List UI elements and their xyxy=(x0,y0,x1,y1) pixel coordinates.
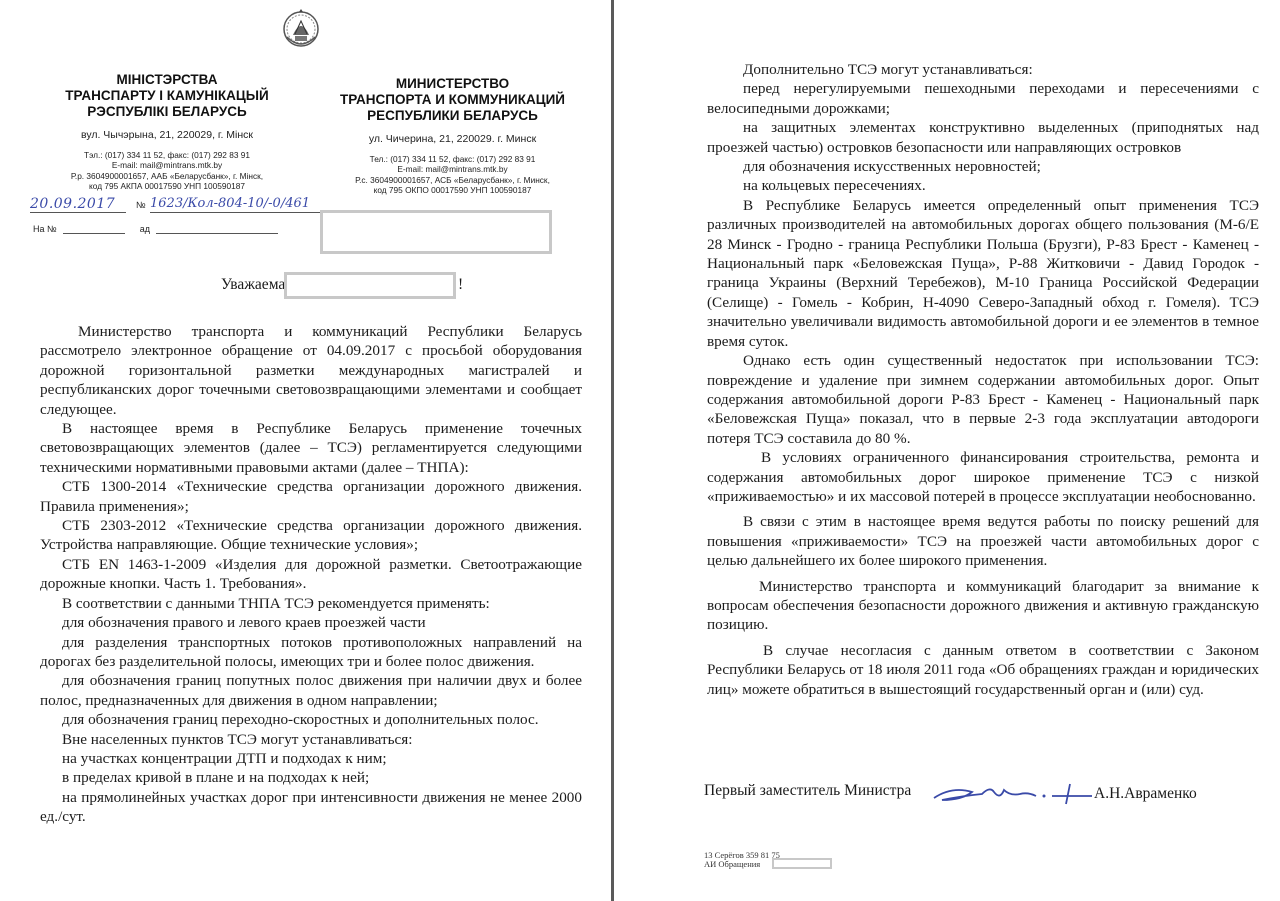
ministry-contacts-ru: Тел.: (017) 334 11 52, факс: (017) 292 8… xyxy=(320,154,585,196)
letter-body-page-2: Дополнительно ТСЭ могут устанавливаться:… xyxy=(707,60,1259,699)
paragraph: В случае несогласия с данным ответом в с… xyxy=(707,641,1259,699)
paragraph: для обозначения границ переходно-скорост… xyxy=(40,710,582,729)
executor-note: 13 Серёгов 359 81 75 АИ Обращения xyxy=(704,851,780,869)
signatory-name: А.Н.Авраменко xyxy=(1094,785,1197,803)
signature-scribble-icon xyxy=(932,778,1094,806)
letterhead-belarusian: МІНІСТЭРСТВА ТРАНСПАРТУ І КАМУНІКАЦЫЙ РЭ… xyxy=(42,72,292,192)
ministry-title-by: МІНІСТЭРСТВА ТРАНСПАРТУ І КАМУНІКАЦЫЙ РЭ… xyxy=(42,72,292,120)
letterhead-russian: МИНИСТЕРСТВО ТРАНСПОРТА И КОММУНИКАЦИЙ Р… xyxy=(320,76,585,196)
registration-date: 20.09.2017 xyxy=(30,196,126,213)
paragraph: Министерство транспорта и коммуникаций Р… xyxy=(40,322,582,419)
paragraph: СТБ EN 1463-1-2009 «Изделия для дорожной… xyxy=(40,555,582,594)
reference-number-label: На № xyxy=(33,224,57,234)
letter-body-page-1: Министерство транспорта и коммуникаций Р… xyxy=(40,322,582,827)
paragraph: для обозначения искусственных неровносте… xyxy=(707,157,1259,176)
paragraph: В условиях ограниченного финансирования … xyxy=(707,448,1259,506)
reference-from-label: ад xyxy=(140,224,150,234)
paragraph: на защитных элементах конструктивно выде… xyxy=(707,118,1259,157)
salutation-end: ! xyxy=(458,276,463,294)
registration-number: 1623/Кол-804-10/-0/461 xyxy=(150,196,338,213)
paragraph: СТБ 1300-2014 «Технические средства орга… xyxy=(40,477,582,516)
ministry-address-by: вул. Чычэрына, 21, 220029, г. Мінск xyxy=(42,129,292,141)
paragraph: В соответствии с данными ТНПА ТСЭ рекоме… xyxy=(40,594,582,613)
ministry-contacts-by: Тэл.: (017) 334 11 52, факс: (017) 292 8… xyxy=(42,150,292,192)
paragraph: для разделения транспортных потоков прот… xyxy=(40,633,582,672)
redacted-archive-id xyxy=(772,858,832,869)
paragraph: Министерство транспорта и коммуникаций б… xyxy=(707,577,1259,635)
ministry-address-ru: ул. Чичерина, 21, 220029. г. Минск xyxy=(320,133,585,145)
paragraph: Однако есть один существенный недостаток… xyxy=(707,351,1259,448)
salutation: Уважаемая xyxy=(221,276,292,294)
redacted-recipient-name xyxy=(284,272,456,299)
ministry-title-ru: МИНИСТЕРСТВО ТРАНСПОРТА И КОММУНИКАЦИЙ Р… xyxy=(320,76,585,124)
reference-from-line xyxy=(156,224,278,234)
paragraph: В связи с этим в настоящее время ведутся… xyxy=(707,512,1259,570)
paragraph: перед нерегулируемыми пешеходными перехо… xyxy=(707,79,1259,118)
archive-label: АИ Обращения xyxy=(704,860,780,869)
paragraph: на прямолинейных участках дорог при инте… xyxy=(40,788,582,827)
paragraph: Вне населенных пунктов ТСЭ могут устанав… xyxy=(40,730,582,749)
paragraph: для обозначения правого и левого краев п… xyxy=(40,613,582,632)
paragraph: В настоящее время в Республике Беларусь … xyxy=(40,419,582,477)
reference-number-line xyxy=(63,224,125,234)
reference-row: На № ад xyxy=(33,224,278,234)
registration-number-label: № xyxy=(136,200,146,210)
redacted-addressee xyxy=(320,210,552,254)
paragraph: В Республике Беларусь имеется определенн… xyxy=(707,196,1259,351)
paragraph: СТБ 2303-2012 «Технические средства орга… xyxy=(40,516,582,555)
letter-page-1: МІНІСТЭРСТВА ТРАНСПАРТУ І КАМУНІКАЦЫЙ РЭ… xyxy=(0,0,611,901)
paragraph: для обозначения границ попутных полос дв… xyxy=(40,671,582,710)
belarus-state-emblem-icon xyxy=(281,7,321,51)
paragraph: на кольцевых пересечениях. xyxy=(707,176,1259,195)
paragraph: Дополнительно ТСЭ могут устанавливаться: xyxy=(707,60,1259,79)
paragraph: на участках концентрации ДТП и подходах … xyxy=(40,749,582,768)
signatory-position: Первый заместитель Министра xyxy=(704,782,911,800)
paragraph: в пределах кривой в плане и на подходах … xyxy=(40,768,582,787)
